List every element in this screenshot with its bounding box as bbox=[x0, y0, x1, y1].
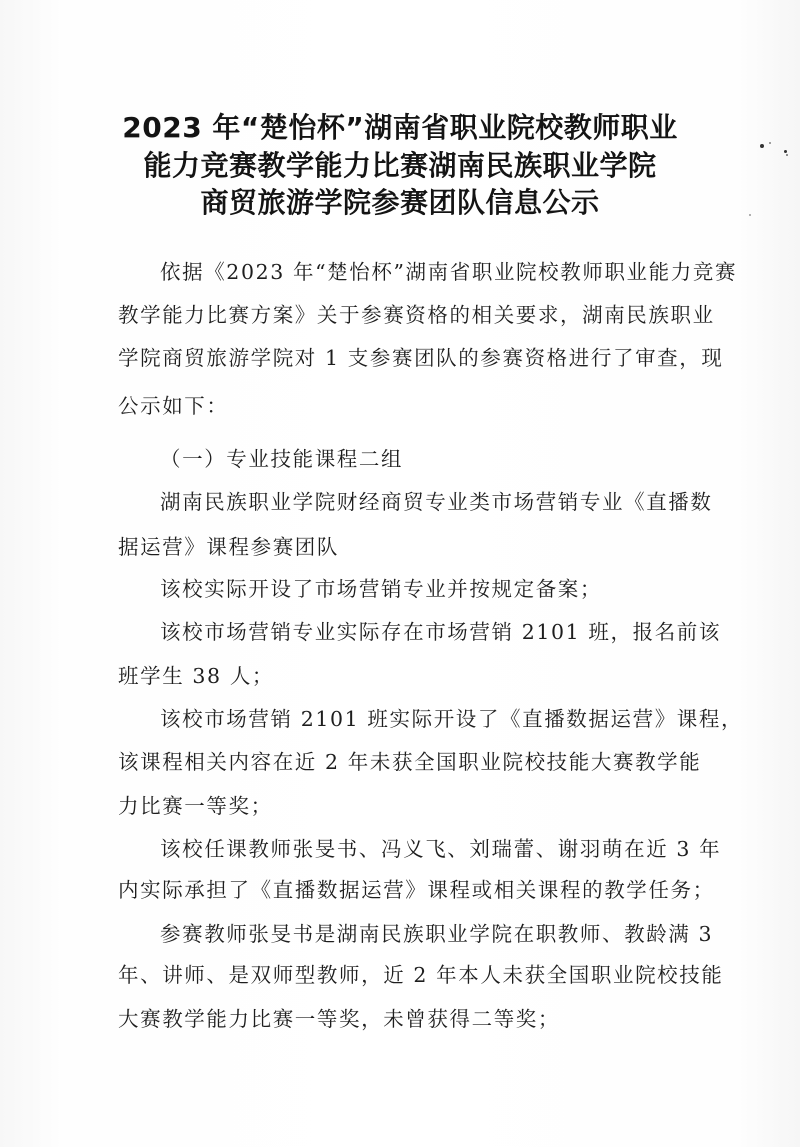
paragraph-line: 学院商贸旅游学院对 1 支参赛团队的参赛资格进行了审查，现 bbox=[118, 343, 688, 373]
paragraph-line: 该课程相关内容在近 2 年未获全国职业院校技能大赛教学能 bbox=[118, 747, 688, 777]
paragraph-line: 参赛教师张旻书是湖南民族职业学院在职教师、教龄满 3 bbox=[160, 919, 688, 949]
paragraph-line: 依据《2023 年“楚怡杯”湖南省职业院校教师职业能力竞赛 bbox=[160, 257, 688, 287]
paragraph-line: 教学能力比赛方案》关于参赛资格的相关要求，湖南民族职业 bbox=[118, 300, 688, 330]
paragraph-line: 年、讲师、是双师型教师，近 2 年本人未获全国职业院校技能 bbox=[118, 960, 688, 990]
title-line-2: 能力竞赛教学能力比赛湖南民族职业学院 bbox=[0, 148, 800, 184]
title-line-1: 2023 年“楚怡杯”湖南省职业院校教师职业 bbox=[0, 110, 800, 146]
section-heading-text: （一）专业技能课程二组 bbox=[160, 444, 688, 474]
paragraph-line: 内实际承担了《直播数据运营》课程或相关课程的教学任务； bbox=[118, 875, 688, 905]
paragraph-line: 该校市场营销 2101 班实际开设了《直播数据运营》课程， bbox=[160, 704, 688, 734]
paragraph-line: 力比赛一等奖； bbox=[118, 791, 688, 821]
paragraph-line: 班学生 38 人； bbox=[118, 661, 688, 691]
title-line-3: 商贸旅游学院参赛团队信息公示 bbox=[0, 185, 800, 221]
scan-speck bbox=[784, 150, 787, 153]
paragraph-line: 该校市场营销专业实际存在市场营销 2101 班，报名前该 bbox=[160, 617, 688, 647]
scan-speck bbox=[760, 144, 764, 148]
paragraph-line: 据运营》课程参赛团队 bbox=[118, 532, 688, 562]
paragraph-line: 湖南民族职业学院财经商贸专业类市场营销专业《直播数 bbox=[160, 487, 688, 517]
paragraph-line: 该校任课教师张旻书、冯义飞、刘瑞蕾、谢羽萌在近 3 年 bbox=[160, 834, 688, 864]
scan-speck bbox=[769, 142, 771, 144]
scan-speck bbox=[786, 154, 788, 156]
paragraph-line: 该校实际开设了市场营销专业并按规定备案； bbox=[160, 574, 688, 604]
paragraph-line: 公示如下： bbox=[118, 391, 688, 421]
scan-speck bbox=[749, 214, 751, 216]
scanned-document-page: 2023 年“楚怡杯”湖南省职业院校教师职业 能力竞赛教学能力比赛湖南民族职业学… bbox=[0, 0, 800, 1147]
paragraph-line: 大赛教学能力比赛一等奖，未曾获得二等奖； bbox=[118, 1004, 688, 1034]
